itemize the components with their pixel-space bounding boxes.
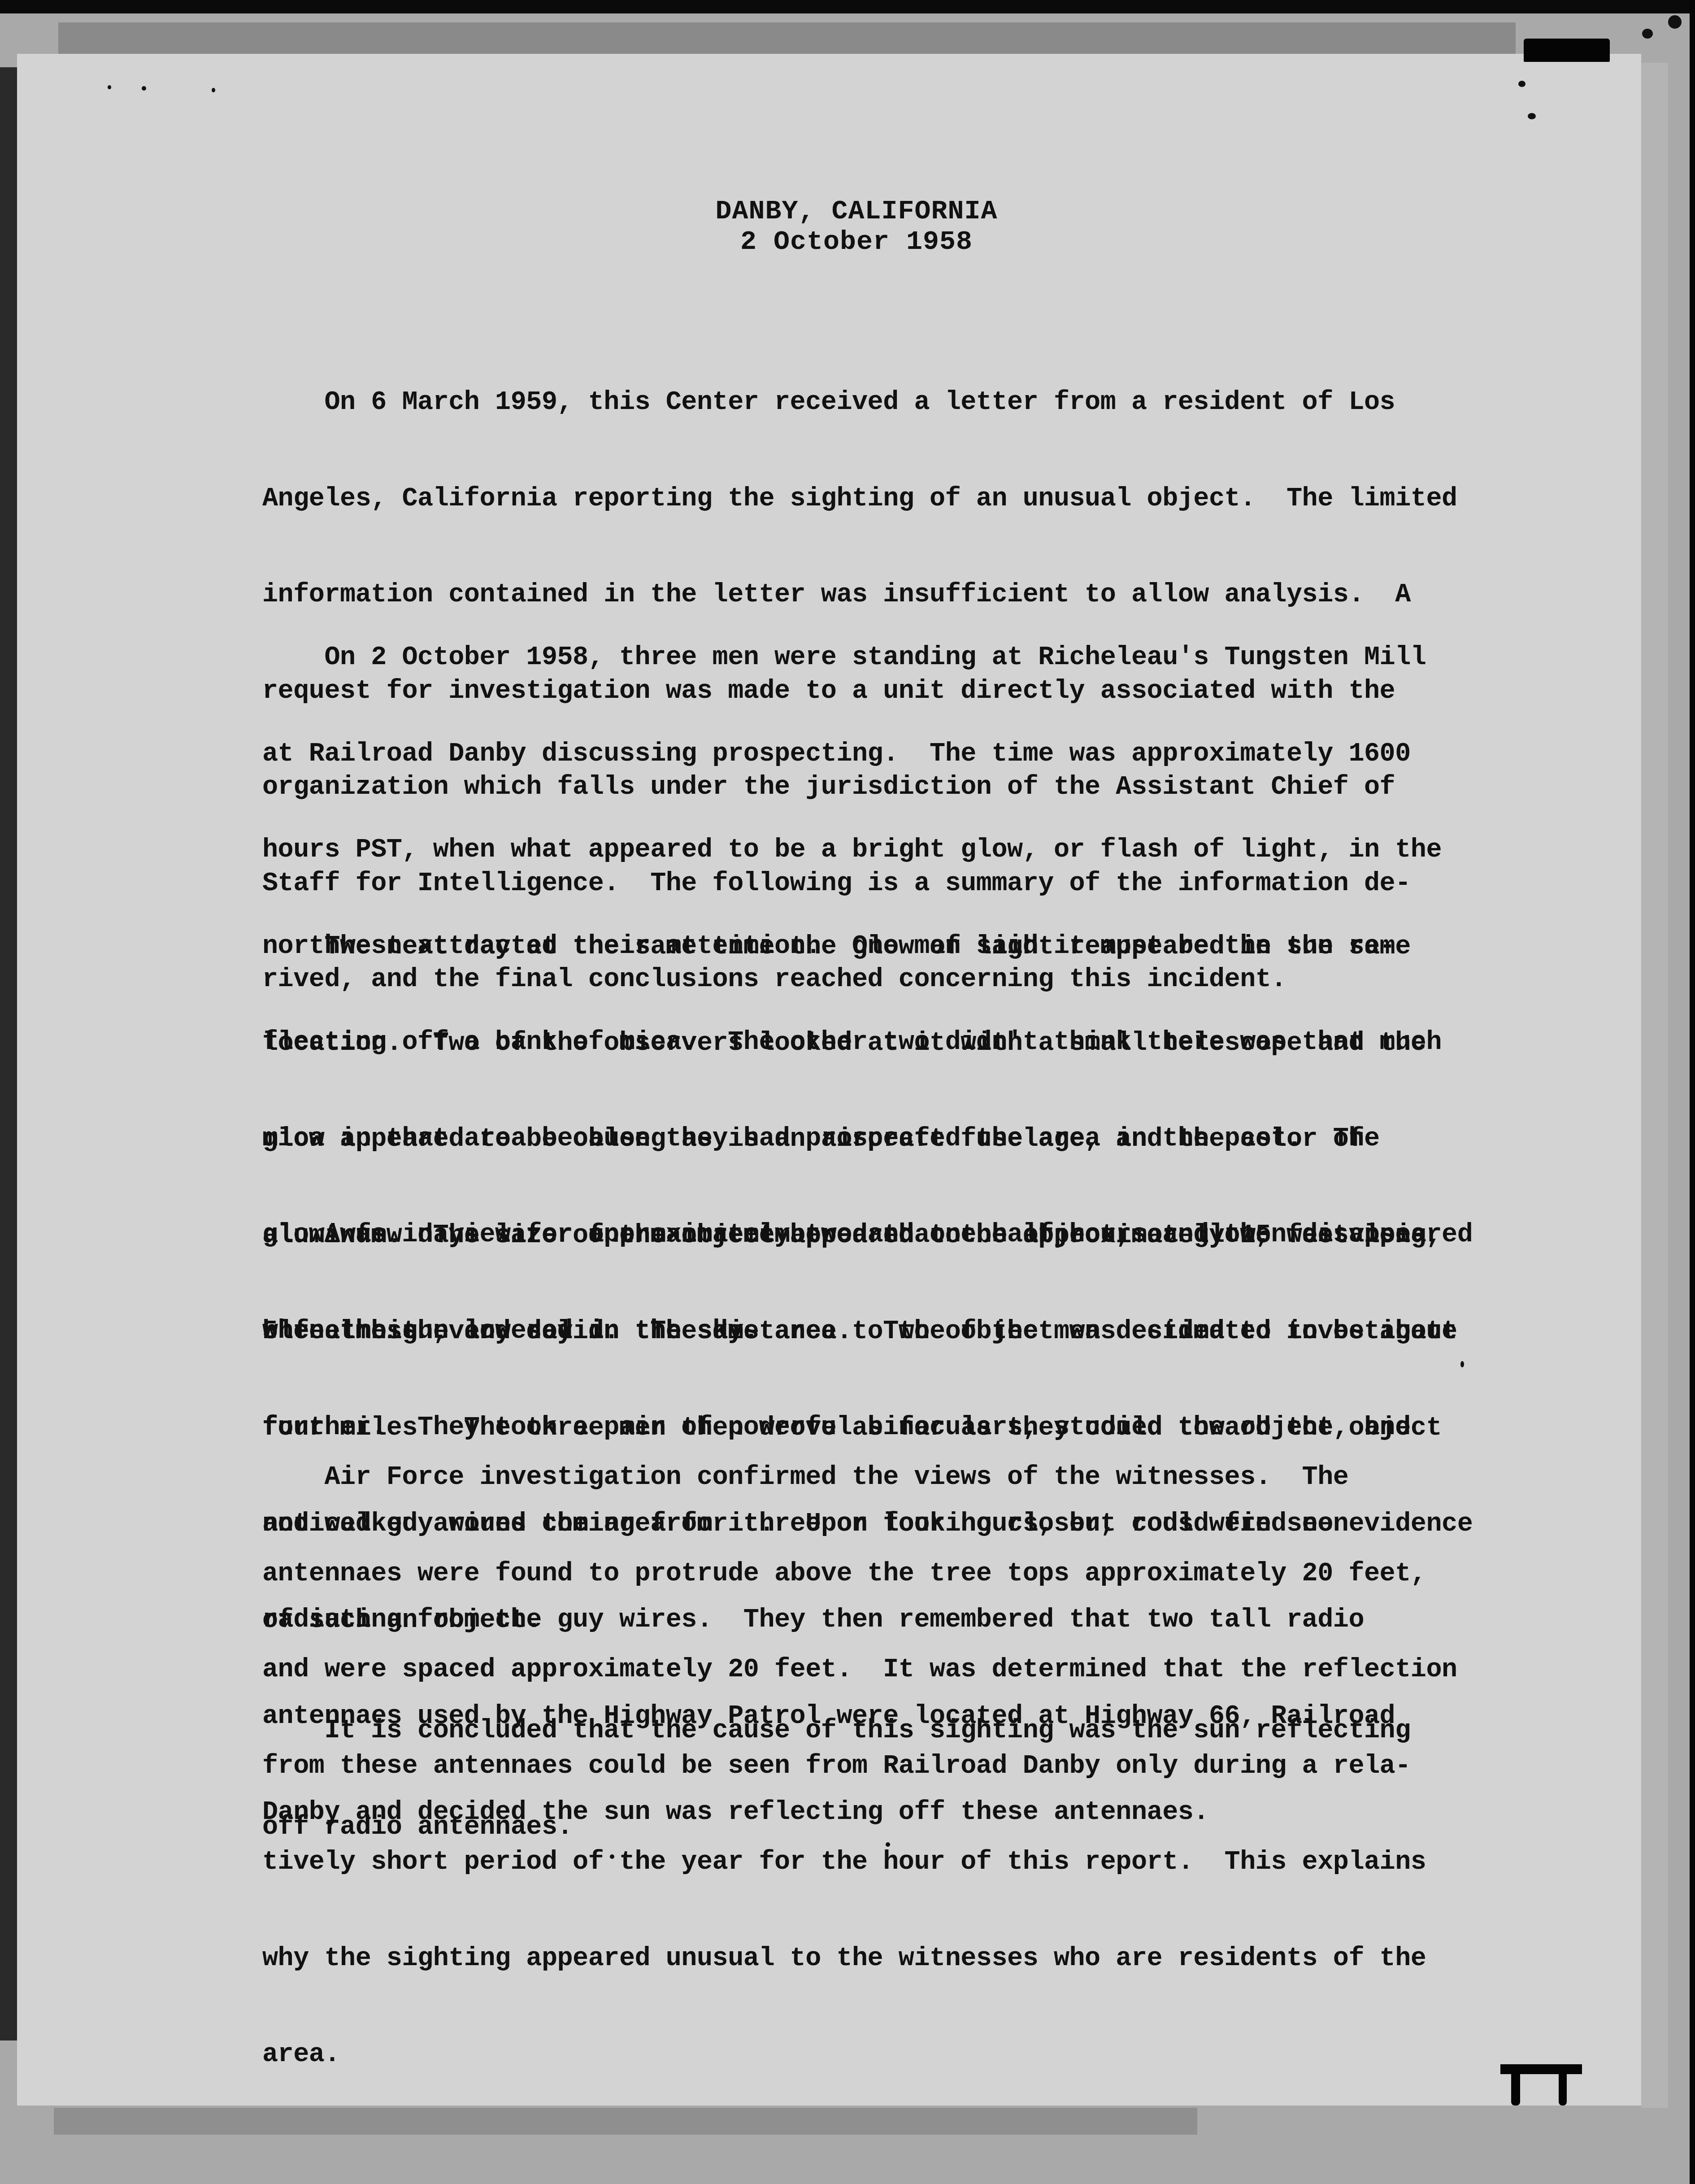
text-line: location. Two of the observers looked at… (262, 1027, 1473, 1059)
text-line: Angeles, California reporting the sighti… (262, 483, 1457, 515)
registration-mark-bottom-right-leg (1559, 2072, 1567, 2106)
text-line: A few days later one man remembered that… (262, 1219, 1457, 1251)
registration-mark-top-right (1524, 39, 1610, 62)
film-right-edge (1690, 0, 1695, 2184)
text-line: The next day at the same time the glow o… (262, 931, 1473, 963)
text-line: glow appeared to be oblong as is an airc… (262, 1123, 1473, 1155)
speck (1642, 29, 1653, 39)
text-line: On 6 March 1959, this Center received a … (262, 386, 1457, 418)
speck (1528, 113, 1536, 119)
film-right-band (1641, 63, 1668, 2108)
text-line: hours PST, when what appeared to be a br… (262, 834, 1473, 866)
text-line: Air Force investigation confirmed the vi… (262, 1461, 1457, 1493)
text-line: why the sighting appeared unusual to the… (262, 1942, 1457, 1975)
registration-mark-bottom-right-leg (1511, 2072, 1520, 2106)
film-left-band (0, 67, 17, 2040)
document-body: On 6 March 1959, this Center received a … (262, 0, 1527, 385)
text-line: On 2 October 1958, three men were standi… (262, 641, 1473, 674)
text-line: ble almost every day in the same area. T… (262, 1315, 1457, 1348)
text-line: at Railroad Danby discussing prospecting… (262, 738, 1473, 770)
speck (142, 86, 146, 91)
speck (108, 85, 111, 89)
text-line: off radio antennaes. (262, 1811, 1411, 1843)
text-line: antennaes were found to protrude above t… (262, 1558, 1457, 1590)
text-line: area. (262, 2038, 1457, 2071)
speck (1668, 15, 1682, 29)
text-line: It is concluded that the cause of this s… (262, 1714, 1411, 1747)
paragraph-conclusion: It is concluded that the cause of this s… (262, 1650, 1411, 1907)
speck (212, 88, 215, 92)
